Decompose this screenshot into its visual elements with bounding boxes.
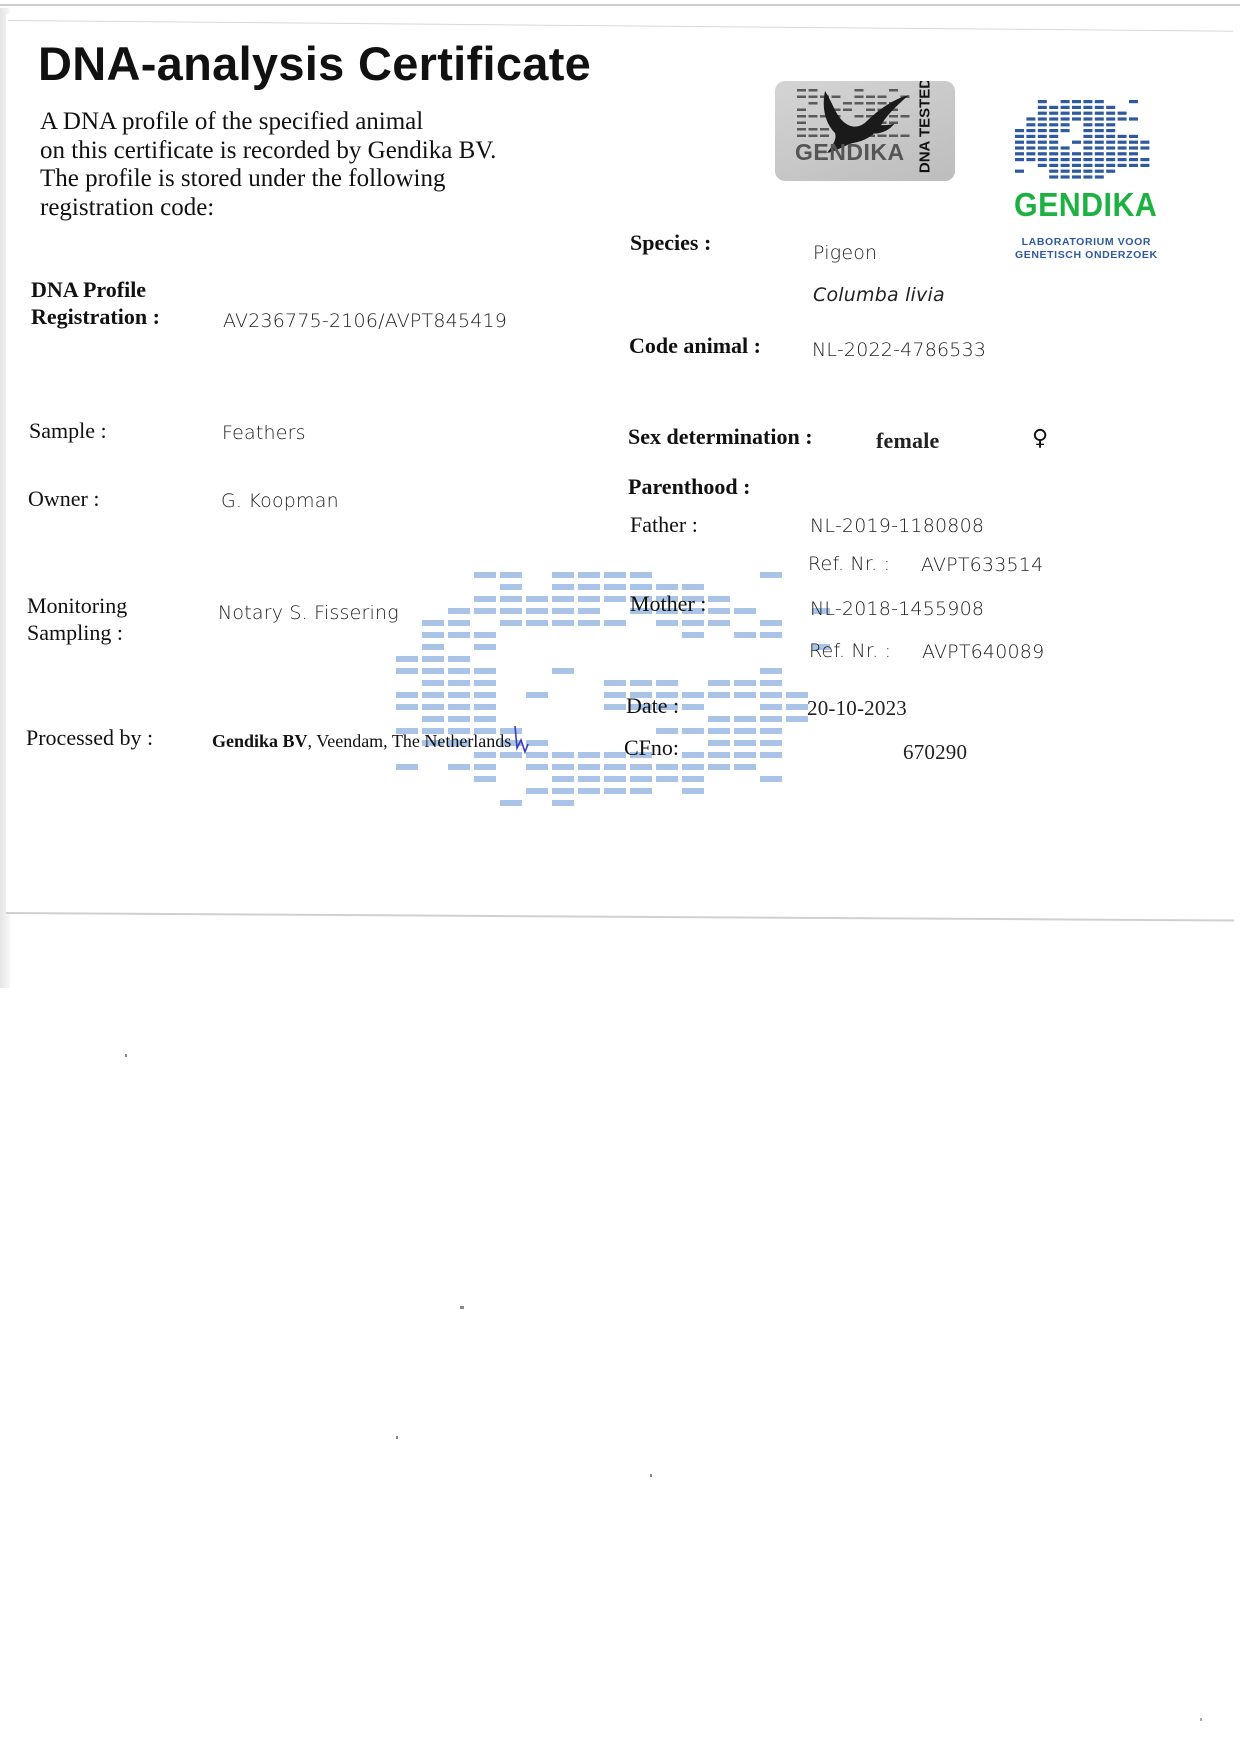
cfno-value: 670290 [903,740,967,765]
dna-tested-seal: GENDIKA DNA TESTED [775,81,955,181]
processor-name: Gendika BV [212,731,308,751]
processed-by-label: Processed by : [26,725,153,751]
logo-subtitle-line: GENETISCH ONDERZOEK [1015,249,1158,262]
female-symbol-icon: ♀ [1032,426,1048,451]
scan-edge [0,4,1240,6]
scan-speck [1200,1718,1202,1721]
scan-speck [460,1306,464,1309]
label-line: Sampling : [27,619,127,646]
processed-by-value: Gendika BV, Veendam, The Netherlands [212,731,511,752]
logo-brand: GENDIKA [1014,186,1157,224]
owner-label: Owner : [28,486,99,512]
mother-ref-value: AVPT640089 [922,641,1044,663]
seal-tag: DNA TESTED [917,81,934,176]
cfno-label: CFno: [624,735,679,761]
signature-mark-icon [512,722,536,756]
page-title: DNA-analysis Certificate [38,36,591,91]
sex-label: Sex determination : [628,424,813,450]
father-ref-label: Ref. Nr. : [808,553,890,575]
code-animal-label: Code animal : [629,333,761,359]
label-line: Monitoring [27,592,127,619]
mother-ref-label: Ref. Nr. : [809,640,891,662]
parenthood-label: Parenthood : [628,474,750,500]
species-latin-name: Columba livia [813,284,945,306]
mother-label: Mother : [630,591,706,617]
intro-text: A DNA profile of the specified animal on… [40,108,560,222]
logo-subtitle-line: LABORATORIUM VOOR [1015,236,1158,249]
species-common-name: Pigeon [813,242,877,264]
monitoring-value: Notary S. Fissering [218,602,399,624]
dna-watermark-icon [370,560,830,830]
date-value: 20-10-2023 [807,696,907,721]
gendika-logo-icon [1015,100,1155,182]
father-value: NL-2019-1180808 [810,515,984,537]
processor-location: , Veendam, The Netherlands [308,731,512,751]
sex-value: female [876,428,940,454]
logo-subtitle: LABORATORIUM VOOR GENETISCH ONDERZOEK [1015,236,1158,262]
father-label: Father : [630,512,698,538]
seal-brand: GENDIKA [795,139,905,166]
intro-line: A DNA profile of the specified animal [40,108,560,137]
registration-label: DNA Profile Registration : [31,276,160,330]
label-line: Registration : [31,303,160,330]
father-ref-value: AVPT633514 [921,554,1043,576]
intro-line: registration code: [40,194,560,223]
intro-line: on this certificate is recorded by Gendi… [40,137,560,166]
sample-value: Feathers [222,422,306,444]
species-label: Species : [630,230,711,256]
sample-label: Sample : [29,418,107,444]
date-label: Date : [626,693,679,719]
registration-value: AV236775-2106/AVPT845419 [223,310,507,332]
owner-value: G. Koopman [221,490,339,512]
scan-speck [396,1436,398,1439]
monitoring-label: Monitoring Sampling : [27,592,127,646]
intro-line: The profile is stored under the followin… [40,165,560,194]
mother-value: NL-2018-1455908 [810,598,984,620]
code-animal-value: NL-2022-4786533 [812,339,986,361]
scan-speck [125,1054,127,1057]
label-line: DNA Profile [31,276,160,303]
scan-speck [650,1474,652,1477]
